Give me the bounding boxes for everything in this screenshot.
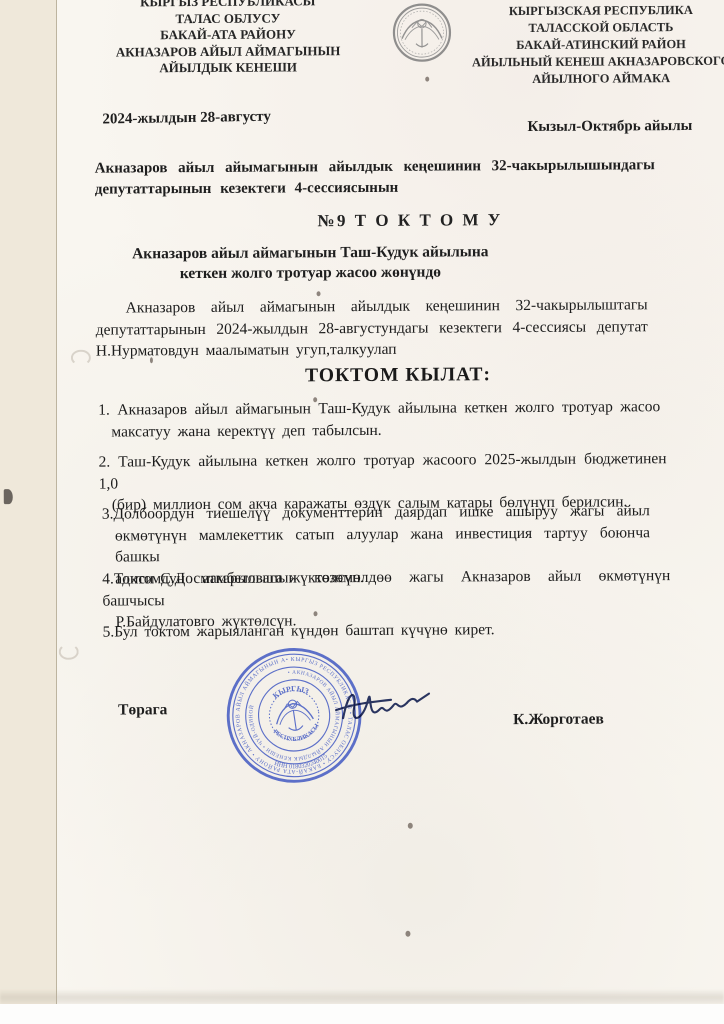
svg-text:РЕСПУБЛИКАСЫ: РЕСПУБЛИКАСЫ [271, 722, 322, 746]
signer-name: К.Жорготаев [513, 711, 604, 730]
item-line: 1. Акназаров айыл аймагынын Таш-Кудук ай… [98, 396, 660, 421]
item-line: 5.Бул токтом жарыяланган күндөн баштап к… [103, 618, 663, 643]
scan-speck [150, 357, 153, 363]
preamble-line: депутаттарынын 2024-жылдын 28-августунда… [96, 316, 648, 341]
header-left-line: БАКАЙ-АТА РАЙОНУ [67, 26, 389, 44]
scan-bottom-edge [0, 989, 724, 1004]
item-line: 3.Долбоордун тиешелүү документтерин даяр… [102, 500, 650, 525]
scan-edge-mark [4, 489, 13, 504]
header-right-line: АЙЫЛЬНЫЙ КЕНЕШ АКНАЗАРОВСКОГО [467, 53, 724, 72]
state-emblem-icon [391, 1, 453, 65]
preamble-line: Акназаров айыл аймагынын айылдык кеңешин… [96, 294, 648, 319]
document-date: 2024-жылдын 28-августу [102, 109, 271, 129]
session-intro-paragraph: Акназаров айыл айымагынын айылдык кеңеши… [95, 155, 655, 200]
intro-line: Акназаров айыл айымагынын айылдык кеңеши… [95, 155, 655, 179]
handwritten-signature [333, 675, 451, 736]
scan-speck [317, 291, 321, 296]
header-left-line: ТАЛАС ОБЛУСУ [67, 9, 389, 27]
item-line: 2. Таш-Кудук айылына кеткен жолго тротуа… [99, 448, 667, 494]
subject-line: кеткен жолго тротуар жасоо жөнүндө [95, 262, 525, 285]
signer-title: Төрага [118, 701, 167, 719]
header-right-line: КЫРГЫЗСКАЯ РЕСПУБЛИКА [467, 2, 724, 21]
item-line: өкмөтүнүн мамлекеттик сатып алуулар жана… [102, 522, 650, 568]
header-left-column: КЫРГЫЗ РЕСПУБЛИКАСЫ ТАЛАС ОБЛУСУ БАКАЙ-А… [67, 0, 389, 77]
decree-subject: Акназаров айыл аймагынын Таш-Кудук айылы… [95, 242, 525, 285]
scan-speck [313, 397, 317, 402]
item-line: 4.Токтомдун аткарылышын көзөмөлдөө жагы … [102, 565, 670, 611]
preamble-paragraph: Акназаров айыл аймагынын айылдык кеңешин… [96, 294, 648, 362]
header-right-line: ТАЛАССКОЙ ОБЛАСТЬ [467, 19, 724, 38]
header-right-column: КЫРГЫЗСКАЯ РЕСПУБЛИКА ТАЛАССКОЙ ОБЛАСТЬ … [467, 2, 724, 89]
resolution-heading: ТОКТОМ КЫЛАТ: [138, 363, 658, 388]
scan-blemish [59, 644, 79, 660]
scan-speck [313, 611, 317, 616]
document-page: КЫРГЫЗ РЕСПУБЛИКАСЫ ТАЛАС ОБЛУСУ БАКАЙ-А… [0, 0, 724, 1024]
intro-line: депутаттарынын кезектеги 4-сессиясынын [95, 176, 655, 200]
header-right-line: БАКАЙ-АТИНСКИЙ РАЙОН [467, 36, 724, 55]
resolution-item-5: 5.Бул токтом жарыяланган күндөн баштап к… [103, 618, 663, 643]
document-place: Кызыл-Октябрь айылы [527, 118, 692, 136]
scan-background [0, 1004, 724, 1024]
subject-line: Акназаров айыл аймагынын Таш-Кудук айылы… [95, 242, 525, 265]
stamp-emblem-icon [274, 697, 315, 733]
header-left-line: АКНАЗАРОВ АЙЫЛ АЙМАГЫНЫН [67, 42, 389, 60]
header-left-line: АЙЫЛДЫК КЕНЕШИ [67, 59, 389, 77]
preamble-line: Н.Нурматовдун маалыматын угуп,талкуулап [96, 337, 648, 362]
stamp-center-bottom-text: РЕСПУБЛИКАСЫ [271, 722, 322, 746]
scan-blemish [71, 350, 91, 366]
item-line: максатуу жана керектүү деп табылсын. [98, 418, 660, 443]
scan-speck [425, 77, 429, 82]
decree-number: №9 Т О К Т О М У [150, 209, 670, 232]
scan-speck [408, 823, 413, 829]
scan-speck [405, 931, 410, 937]
header-right-line: АЙЫЛНОГО АЙМАКА [467, 70, 724, 89]
resolution-item-1: 1. Акназаров айыл аймагынын Таш-Кудук ай… [98, 396, 660, 442]
